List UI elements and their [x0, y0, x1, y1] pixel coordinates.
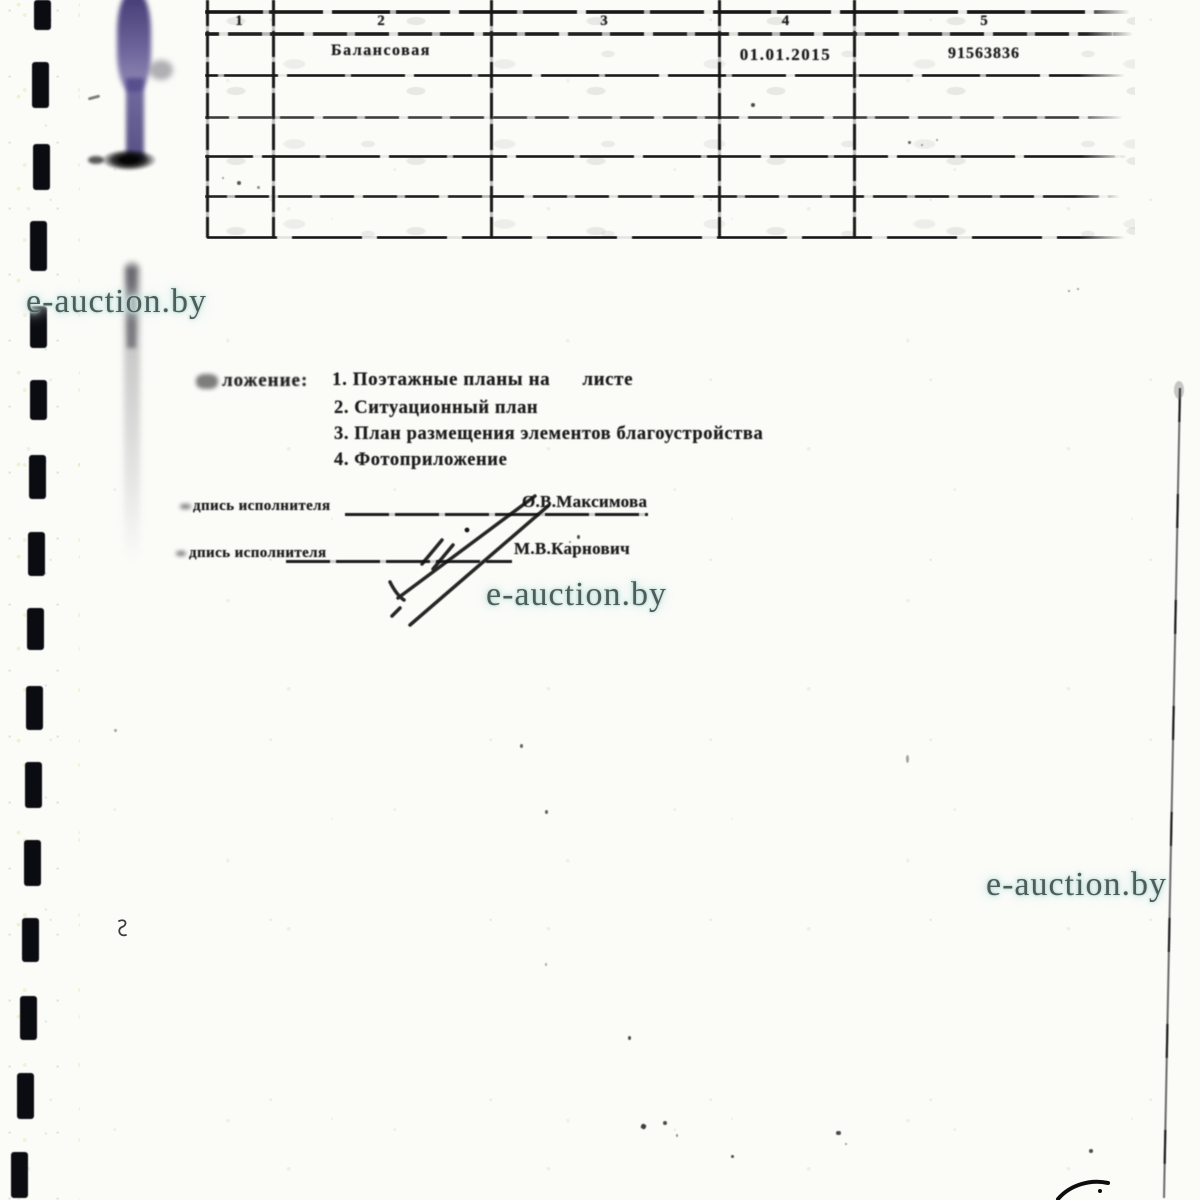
binding-hole	[11, 1152, 28, 1198]
ink-speck	[751, 103, 755, 107]
ink-speck	[921, 144, 923, 146]
binding-hole	[34, 0, 51, 30]
ink-speck	[577, 535, 580, 539]
binding-hole	[33, 144, 50, 190]
table-grid-hline	[205, 32, 1133, 36]
ink-speck	[628, 1036, 631, 1040]
ink-speck	[545, 810, 548, 814]
table-grid-hline	[207, 236, 1125, 239]
ink-speck	[676, 1134, 678, 1137]
scanned-document-page: 1 2 3 4 5 Балансовая 01.01.2015 91563836…	[0, 0, 1200, 1200]
ink-speck	[545, 963, 547, 966]
table-grid-vline	[718, 0, 721, 238]
binding-hole	[22, 918, 39, 962]
attachment-item: 2. Ситуационный план	[334, 398, 538, 418]
table-column-number: 3	[490, 13, 718, 30]
ink-speck	[1068, 290, 1070, 292]
ink-speck	[906, 755, 909, 763]
ink-speck	[237, 181, 241, 185]
ink-smudge	[180, 504, 191, 509]
table-grid-hline	[205, 116, 1123, 119]
binding-hole	[29, 455, 46, 499]
table-noise-overlay	[200, 0, 1135, 245]
binding-hole	[17, 1073, 34, 1119]
pen-stroke	[1050, 1175, 1120, 1200]
watermark: e-auction.by	[986, 866, 1167, 904]
table-cell-value-type: Балансовая	[272, 42, 490, 60]
ink-speck	[908, 141, 911, 144]
ink-speck	[114, 729, 117, 732]
binding-hole	[20, 996, 37, 1040]
purple-ink-smudge	[126, 78, 144, 160]
table-column-number: 2	[272, 13, 490, 30]
signature-label: дпись исполнителя	[193, 498, 331, 515]
squiggle-mark	[114, 918, 132, 944]
ink-smudge	[196, 374, 218, 389]
ink-speck	[845, 1143, 847, 1145]
watermark: e-auction.by	[26, 283, 207, 321]
ink-speck	[731, 1155, 734, 1158]
ink-speck	[836, 1131, 841, 1135]
table-grid-vline	[853, 0, 856, 238]
ink-speck	[663, 1121, 667, 1125]
ink-smudge	[176, 551, 186, 556]
table-grid-hline	[205, 195, 1120, 198]
ink-blob	[88, 156, 104, 164]
binding-hole	[28, 532, 45, 576]
table-grid-vline	[272, 0, 275, 238]
table-column-number: 5	[853, 13, 1115, 30]
page-edge-line	[1152, 380, 1188, 1200]
table-grid-vline	[206, 0, 209, 238]
ink-speck	[1077, 288, 1079, 290]
attachment-label: ложение:	[222, 371, 308, 392]
ink-speck	[222, 177, 224, 179]
binding-hole	[25, 762, 42, 808]
table-cell-date: 01.01.2015	[718, 46, 853, 65]
table-grid-hline	[205, 74, 1125, 77]
attachment-item: 3. План размещения элементов благоустрой…	[334, 424, 763, 444]
purple-ink-smudge	[149, 60, 173, 80]
binding-hole	[30, 380, 47, 420]
ink-blob	[101, 149, 157, 171]
attachment-item: 4. Фотоприложение	[334, 450, 507, 470]
ink-speck	[569, 541, 571, 543]
binding-hole	[27, 608, 44, 650]
binding-hole	[24, 840, 41, 886]
binding-hole	[26, 686, 43, 730]
attachment-item: 1. Поэтажные планы на листе	[332, 370, 633, 391]
ink-speck	[1089, 1149, 1093, 1153]
table-column-number: 1	[206, 13, 272, 30]
binding-hole	[32, 62, 49, 108]
table-cell-number: 91563836	[853, 45, 1115, 63]
table-grid-vline	[490, 0, 493, 238]
table-column-number: 4	[718, 13, 853, 30]
ink-speck	[257, 186, 260, 189]
handwritten-signature	[370, 478, 570, 628]
table-grid-hline	[205, 155, 1127, 158]
binding-hole	[30, 221, 47, 271]
ink-speck	[936, 139, 938, 141]
ink-speck	[520, 744, 523, 748]
